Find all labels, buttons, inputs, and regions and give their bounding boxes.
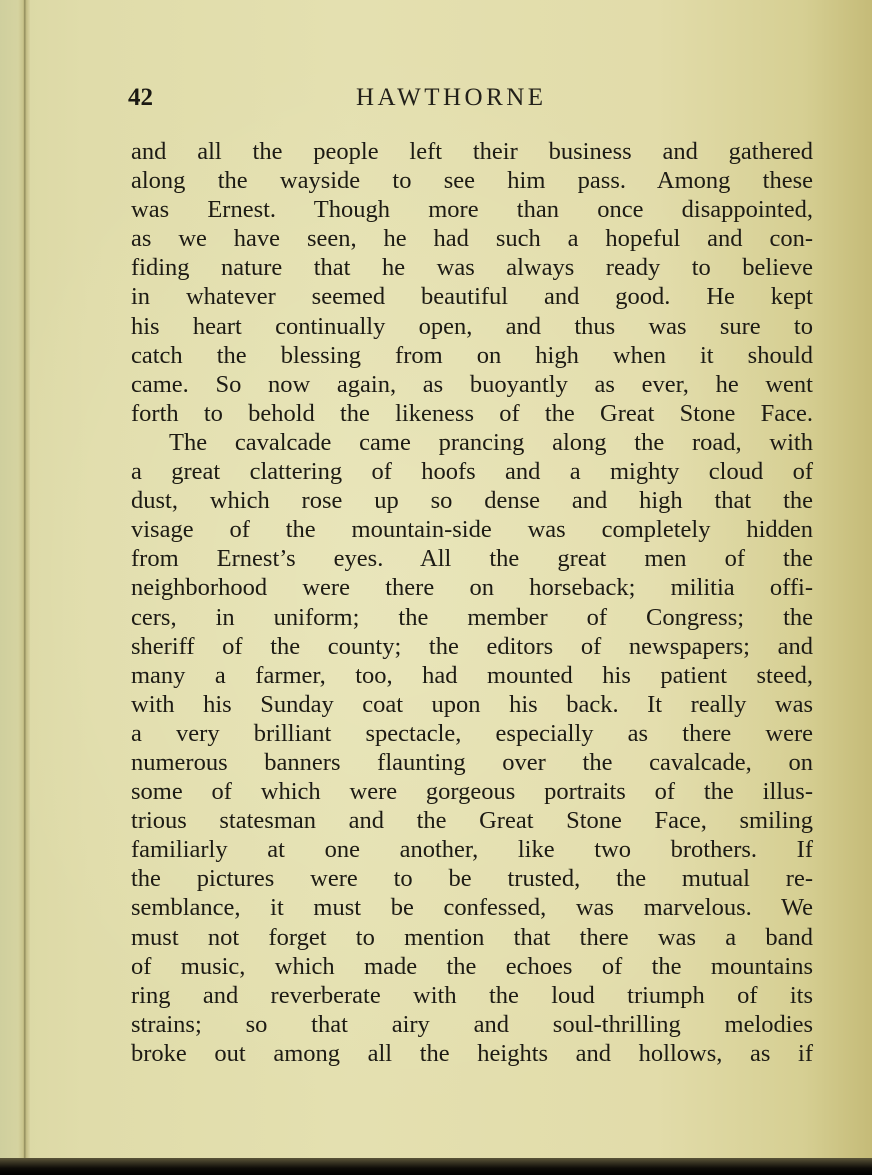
text-line: the pictures were to be trusted, the mut… (131, 864, 813, 893)
text-line: came. So now again, as buoyantly as ever… (131, 370, 813, 399)
text-line: fiding nature that he was always ready t… (131, 253, 813, 282)
text-line: as we have seen, he had such a hopeful a… (131, 224, 813, 253)
text-line: with his Sunday coat upon his back. It r… (131, 690, 813, 719)
text-line: familiarly at one another, like two brot… (131, 835, 813, 864)
page-gutter-edge (0, 0, 30, 1163)
running-head: 42 HAWTHORNE (128, 84, 818, 114)
page-bottom-shadow (0, 1158, 872, 1175)
text-line: semblance, it must be confessed, was mar… (131, 893, 813, 922)
text-line: and all the people left their business a… (131, 137, 813, 166)
text-line: visage of the mountain-side was complete… (131, 515, 813, 544)
text-line: along the wayside to see him pass. Among… (131, 166, 813, 195)
text-line: numerous banners flaunting over the cava… (131, 748, 813, 777)
text-line: neighborhood were there on horseback; mi… (131, 573, 813, 602)
text-line: many a farmer, too, had mounted his pati… (131, 661, 813, 690)
text-line: a very brilliant spectacle, especially a… (131, 719, 813, 748)
body-text: and all the people left their business a… (131, 137, 813, 1068)
running-title: HAWTHORNE (356, 84, 547, 112)
text-line: trious statesman and the Great Stone Fac… (131, 806, 813, 835)
text-line: dust, which rose up so dense and high th… (131, 486, 813, 515)
text-line: forth to behold the likeness of the Grea… (131, 399, 813, 428)
text-line: his heart continually open, and thus was… (131, 312, 813, 341)
text-line: sheriff of the county; the editors of ne… (131, 632, 813, 661)
text-line: from Ernest’s eyes. All the great men of… (131, 544, 813, 573)
page-number: 42 (128, 84, 153, 112)
text-line: a great clattering of hoofs and a mighty… (131, 457, 813, 486)
text-line: of music, which made the echoes of the m… (131, 952, 813, 981)
text-line: cers, in uniform; the member of Congress… (131, 603, 813, 632)
text-line: ring and reverberate with the loud trium… (131, 981, 813, 1010)
text-line: in whatever seemed beautiful and good. H… (131, 282, 813, 311)
book-page: 42 HAWTHORNE and all the people left the… (0, 0, 872, 1163)
text-line: The cavalcade came prancing along the ro… (131, 428, 813, 457)
text-line: some of which were gorgeous portraits of… (131, 777, 813, 806)
text-line: broke out among all the heights and holl… (131, 1039, 813, 1068)
text-line: catch the blessing from on high when it … (131, 341, 813, 370)
text-line: strains; so that airy and soul-thrilling… (131, 1010, 813, 1039)
text-line: was Ernest. Though more than once disapp… (131, 195, 813, 224)
text-line: must not forget to mention that there wa… (131, 923, 813, 952)
